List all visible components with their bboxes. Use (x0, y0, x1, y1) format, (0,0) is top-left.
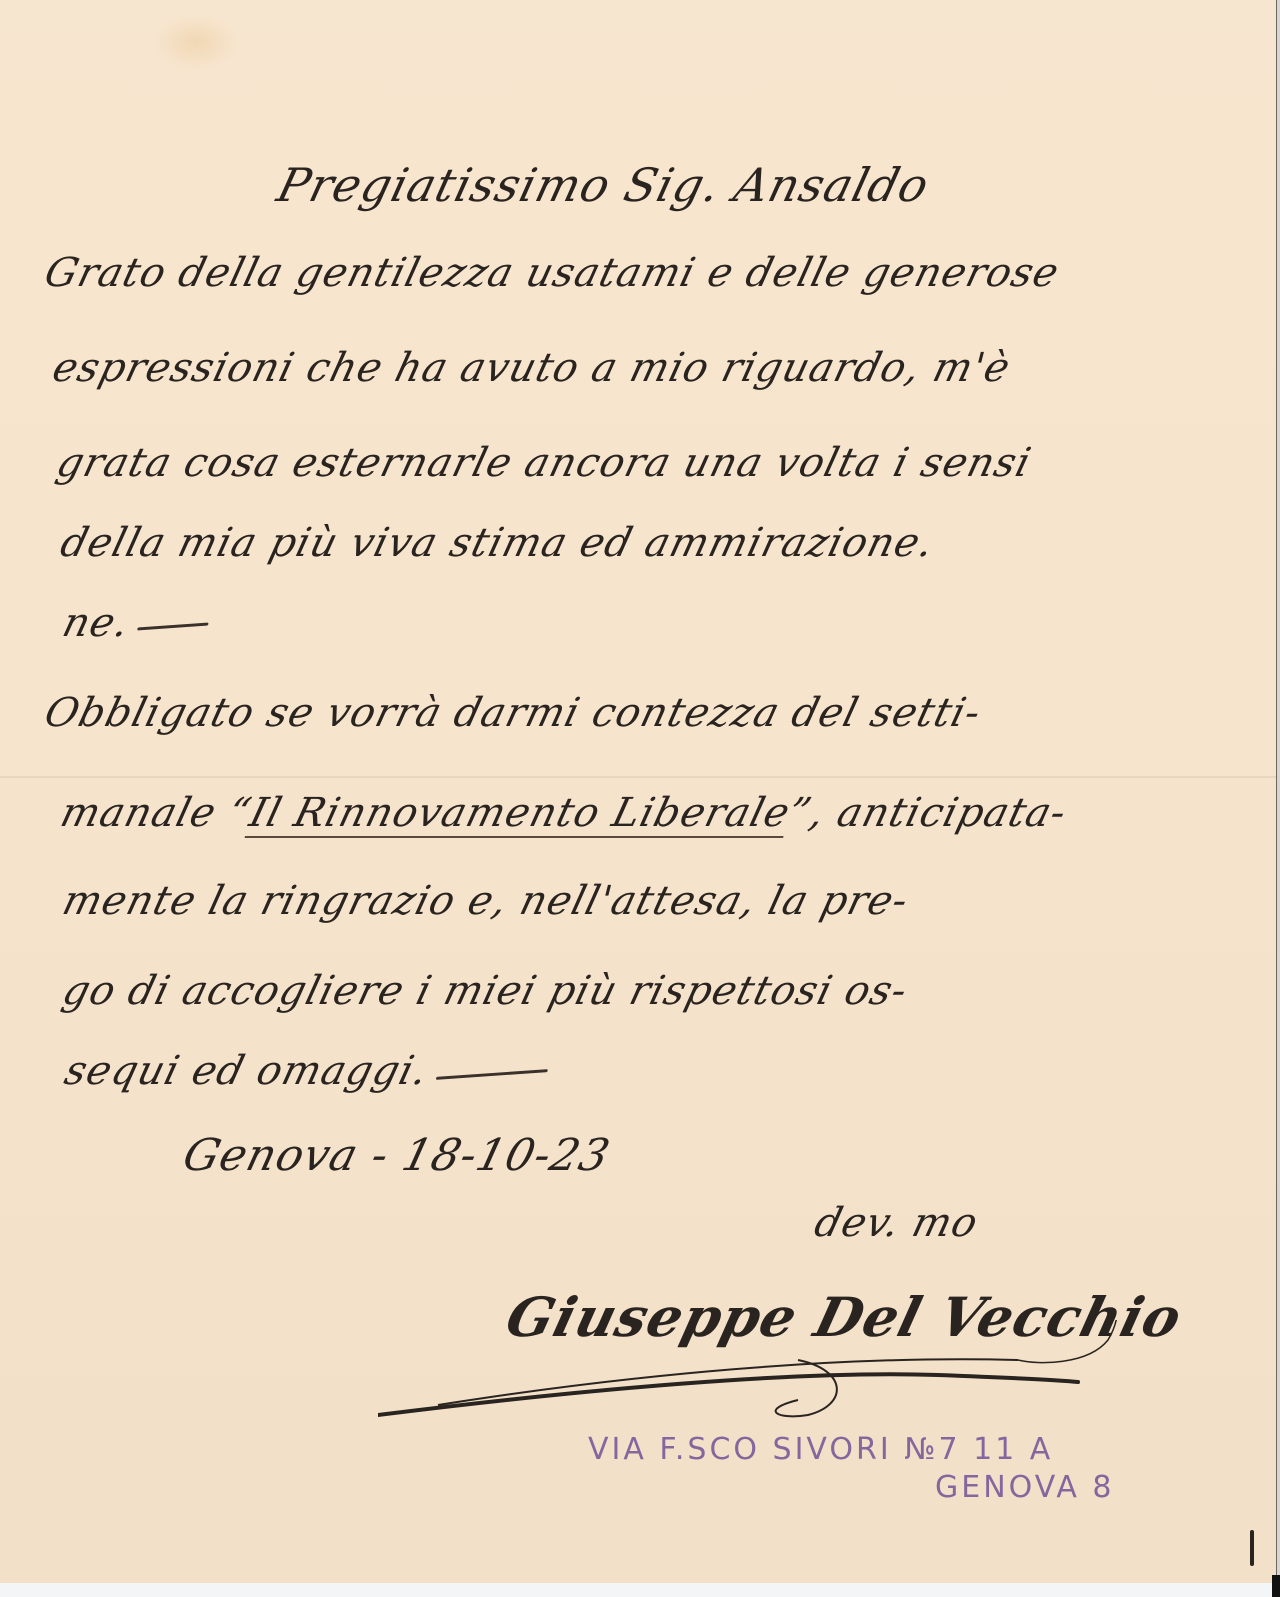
line-end-dash (436, 1069, 548, 1080)
salutation: Pregiatissimo Sig. Ansaldo (272, 158, 935, 212)
body-line-5: ne. (58, 600, 215, 646)
place-date: Genova - 18-10-23 (178, 1130, 615, 1181)
address-stamp-line-1: VIA F.SCO SIVORI №7 11 A (588, 1432, 1053, 1467)
body-line-4: della mia più viva stima ed ammirazione. (56, 520, 939, 566)
line-end-dash (137, 622, 209, 630)
quote-open: manale “ (56, 790, 256, 836)
body-line-8: mente la ringrazio e, nell'attesa, la pr… (58, 878, 913, 924)
body-line-3: grata cosa esternarle ancora una volta i… (52, 440, 1036, 486)
body-line-7: manale “Il Rinnovamento Liberale”, antic… (56, 790, 1072, 836)
newspaper-title: Il Rinnovamento Liberale (245, 790, 795, 836)
closing: dev. mo (810, 1200, 983, 1246)
body-line-5-text: ne. (58, 600, 135, 646)
quote-close: ”, anticipata- (784, 790, 1072, 836)
address-stamp-line-2: GENOVA 8 (935, 1470, 1114, 1505)
scan-right-edge (1276, 0, 1280, 1583)
body-line-10: sequi ed omaggi. (60, 1048, 553, 1094)
body-line-9: go di accogliere i miei più rispettosi o… (58, 968, 912, 1014)
margin-pen-mark (1250, 1530, 1254, 1566)
scan-corner-mark (1272, 1575, 1280, 1597)
body-line-10-text: sequi ed omaggi. (60, 1048, 433, 1094)
signature-flourish-icon (378, 1320, 1118, 1440)
paper-fold-line (0, 776, 1276, 778)
body-line-6: Obbligato se vorrà darmi contezza del se… (40, 690, 986, 736)
body-line-1: Grato della gentilezza usatami e delle g… (40, 250, 1064, 296)
body-line-2: espressioni che ha avuto a mio riguardo,… (48, 345, 1015, 391)
scan-bottom-margin (0, 1583, 1280, 1597)
